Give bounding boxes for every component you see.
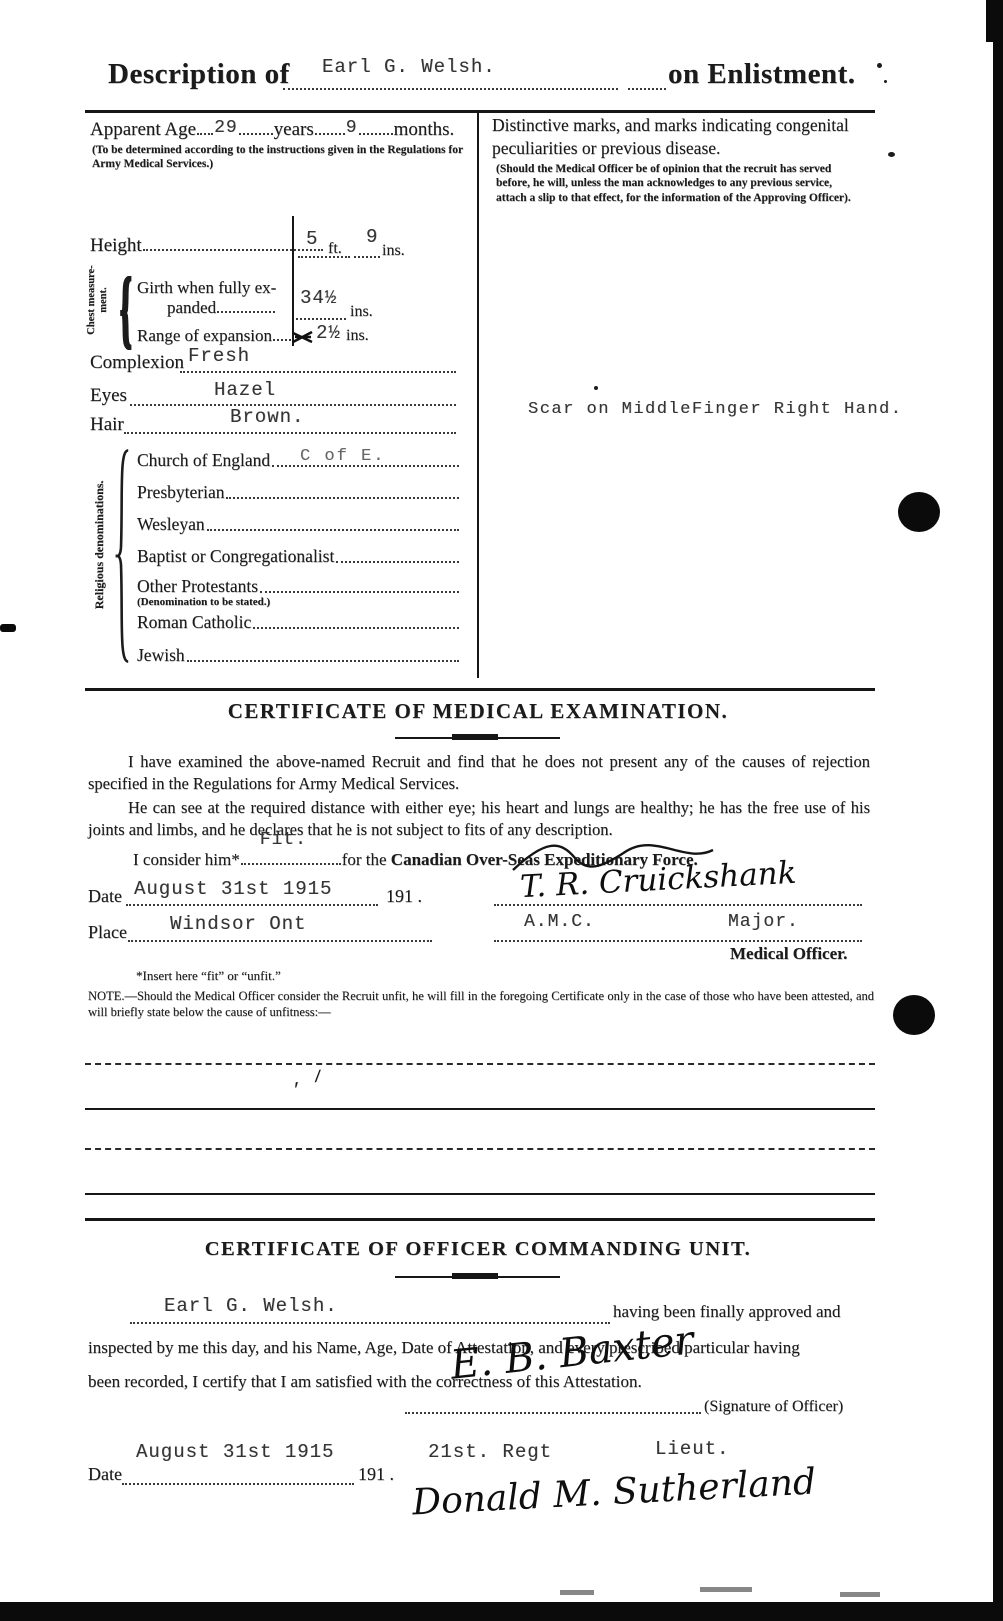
scan-margin-mark bbox=[0, 624, 16, 632]
signature-of-officer-caption: (Signature of Officer) bbox=[704, 1398, 843, 1416]
fill-line bbox=[130, 1322, 610, 1324]
brace-icon bbox=[117, 276, 133, 350]
height-ft-value: 5 bbox=[306, 228, 318, 250]
dotted-leader bbox=[207, 529, 459, 531]
hair-value: Brown. bbox=[230, 406, 304, 428]
ins-word: ins. bbox=[382, 242, 405, 260]
chest-group-label: Chest measure-ment. bbox=[86, 264, 110, 336]
girth-label-line2: panded bbox=[167, 298, 216, 317]
religion-row: Baptist or Congregationalist bbox=[137, 546, 461, 567]
range-unit: ins. bbox=[346, 327, 369, 345]
scan-edge-bottom bbox=[0, 1602, 1003, 1621]
scan-speck bbox=[884, 80, 887, 83]
medical-paragraph-2: He can see at the required distance with… bbox=[88, 797, 870, 841]
religion-label: Jewish bbox=[137, 645, 185, 666]
religion-row: Presbyterian bbox=[137, 482, 461, 503]
place-label: Place bbox=[88, 922, 127, 943]
distinctive-marks-heading: Distinctive marks, and marks indicating … bbox=[492, 114, 866, 160]
hole-punch bbox=[898, 492, 940, 532]
fill-line bbox=[124, 432, 456, 434]
apparent-age-label: Apparent Age bbox=[90, 119, 196, 140]
title-divider-center bbox=[452, 1273, 498, 1279]
apparent-age-row: Apparent Age29years9months. bbox=[90, 119, 470, 141]
table-bottom-rule bbox=[85, 688, 875, 691]
title-divider-center bbox=[452, 734, 498, 740]
religion-row: Roman Catholic bbox=[137, 612, 461, 633]
scan-smudge bbox=[560, 1590, 594, 1595]
religion-label: Wesleyan bbox=[137, 514, 205, 535]
religion-label: Roman Catholic bbox=[137, 612, 251, 633]
consider-prefix: I consider him* bbox=[133, 850, 240, 869]
rule-line bbox=[85, 1108, 875, 1110]
hair-label: Hair bbox=[90, 414, 124, 436]
religion-group-label: Religious denominations. bbox=[93, 470, 107, 620]
dotted-leader bbox=[253, 627, 459, 629]
printed-year-stub: 191 . bbox=[386, 886, 422, 907]
religion-label: Baptist or Congregationalist bbox=[137, 546, 334, 567]
attestation-paper-scan: Description of Earl G. Welsh. on Enlistm… bbox=[0, 0, 1003, 1621]
religion-label: Other Protestants bbox=[137, 576, 258, 597]
scan-speck bbox=[888, 152, 895, 157]
consider-mid: for the bbox=[342, 850, 387, 869]
scan-corner-mark bbox=[986, 0, 1003, 42]
dotted-leader bbox=[187, 660, 459, 662]
eyes-value: Hazel bbox=[214, 379, 276, 401]
officer-certificate-title: CERTIFICATE OF OFFICER COMMANDING UNIT. bbox=[88, 1238, 868, 1261]
place-value: Windsor Ont bbox=[170, 913, 306, 935]
corps-value: A.M.C. bbox=[524, 912, 595, 932]
religion-row: Church of England bbox=[137, 450, 461, 471]
fill-line bbox=[128, 940, 432, 942]
fill-line bbox=[180, 371, 456, 373]
fill-line bbox=[122, 1483, 354, 1485]
recruit-name-fill: Earl G. Welsh. bbox=[322, 56, 496, 78]
rule-line bbox=[85, 1218, 875, 1221]
officer-date-value: August 31st 1915 bbox=[136, 1441, 334, 1463]
range-label-row: Range of expansion bbox=[137, 326, 292, 346]
approved-suffix: having been finally approved and bbox=[613, 1302, 841, 1322]
rule-line bbox=[85, 1193, 875, 1195]
unfit-note: NOTE.—Should the Medical Officer conside… bbox=[88, 988, 874, 1021]
rank-value: Major. bbox=[728, 912, 799, 932]
fill-line bbox=[296, 318, 346, 320]
apparent-age-note: (To be determined according to the instr… bbox=[92, 143, 464, 172]
scan-speck bbox=[877, 63, 882, 68]
distinctive-marks-value: Scar on MiddleFinger Right Hand. bbox=[528, 400, 902, 419]
distinctive-marks-note: (Should the Medical Officer be of opinio… bbox=[496, 162, 864, 205]
strikeout-scribble bbox=[292, 330, 314, 344]
fill-line bbox=[126, 904, 378, 906]
denomination-note: (Denomination to be stated.) bbox=[137, 596, 270, 608]
signature-line bbox=[405, 1412, 701, 1414]
eyes-label: Eyes bbox=[90, 385, 127, 407]
dotted-leader bbox=[143, 247, 323, 251]
complexion-value: Fresh bbox=[188, 345, 250, 367]
apparent-age-years-value: 29 bbox=[214, 118, 238, 138]
height-row: Height bbox=[90, 235, 324, 257]
fill-line bbox=[628, 88, 666, 90]
years-word: years bbox=[274, 119, 314, 140]
girth-label: Girth when fully ex- panded bbox=[137, 278, 293, 319]
fill-line bbox=[283, 88, 618, 90]
scan-smudge bbox=[700, 1587, 752, 1592]
fill-line bbox=[298, 256, 350, 258]
lieutenant-rank-value: Lieut. bbox=[655, 1438, 729, 1460]
hole-punch bbox=[893, 995, 935, 1035]
religion-row: Jewish bbox=[137, 645, 461, 666]
page-title-prefix: Description of bbox=[108, 58, 290, 91]
religion-row: Other Protestants bbox=[137, 576, 461, 597]
medical-date-label: Date bbox=[88, 886, 122, 907]
dotted-leader bbox=[273, 337, 291, 341]
complexion-label: Complexion bbox=[90, 352, 184, 374]
fill-line bbox=[494, 940, 862, 942]
page-title-suffix: on Enlistment. bbox=[668, 58, 855, 91]
scan-speck bbox=[594, 386, 598, 390]
dotted-leader bbox=[241, 861, 341, 865]
scan-edge-right bbox=[993, 0, 1003, 1621]
printed-year-stub: 191 . bbox=[358, 1464, 394, 1485]
height-ins-value: 9 bbox=[366, 226, 378, 248]
religion-value: C of E. bbox=[300, 447, 385, 466]
religion-row: Wesleyan bbox=[137, 514, 461, 535]
range-label: Range of expansion bbox=[137, 326, 272, 345]
fill-line bbox=[354, 256, 380, 258]
ink-mark: , / bbox=[291, 1068, 325, 1090]
girth-value: 34½ bbox=[300, 287, 337, 309]
dotted-leader bbox=[239, 131, 273, 135]
dotted-leader bbox=[226, 497, 459, 499]
table-column-divider bbox=[477, 112, 479, 678]
regiment-value: 21st. Regt bbox=[428, 1441, 552, 1463]
rule-line bbox=[85, 1148, 875, 1150]
medical-paragraph-1: I have examined the above-named Recruit … bbox=[88, 751, 870, 795]
officer-date-label: Date bbox=[88, 1464, 122, 1485]
signature-line bbox=[494, 904, 862, 906]
table-top-rule bbox=[85, 110, 875, 113]
fitness-value: Fit. bbox=[260, 830, 307, 850]
medical-date-value: August 31st 1915 bbox=[134, 878, 332, 900]
girth-unit: ins. bbox=[350, 303, 373, 321]
dotted-leader bbox=[359, 131, 393, 135]
officer-name-fill: Earl G. Welsh. bbox=[164, 1295, 338, 1317]
religion-label: Church of England bbox=[137, 450, 270, 471]
religion-label: Presbyterian bbox=[137, 482, 224, 503]
dotted-leader bbox=[197, 131, 213, 135]
months-word: months. bbox=[394, 119, 455, 140]
brace-icon bbox=[112, 446, 130, 666]
medical-certificate-title: CERTIFICATE OF MEDICAL EXAMINATION. bbox=[88, 699, 868, 724]
dotted-leader bbox=[336, 561, 459, 563]
medical-officer-caption: Medical Officer. bbox=[730, 944, 847, 964]
fit-footnote: *Insert here “fit” or “unfit.” bbox=[136, 968, 281, 984]
apparent-age-months-value: 9 bbox=[346, 118, 358, 138]
scan-smudge bbox=[840, 1592, 880, 1597]
girth-label-line1: Girth when fully ex- bbox=[137, 278, 276, 297]
lieutenant-signature: Donald M. Sutherland bbox=[411, 1461, 817, 1523]
range-value: 2½ bbox=[316, 322, 341, 344]
dotted-leader bbox=[260, 591, 459, 593]
dotted-leader bbox=[315, 131, 345, 135]
rule-line bbox=[85, 1063, 875, 1065]
height-label: Height bbox=[90, 235, 142, 256]
dotted-leader bbox=[217, 309, 275, 313]
